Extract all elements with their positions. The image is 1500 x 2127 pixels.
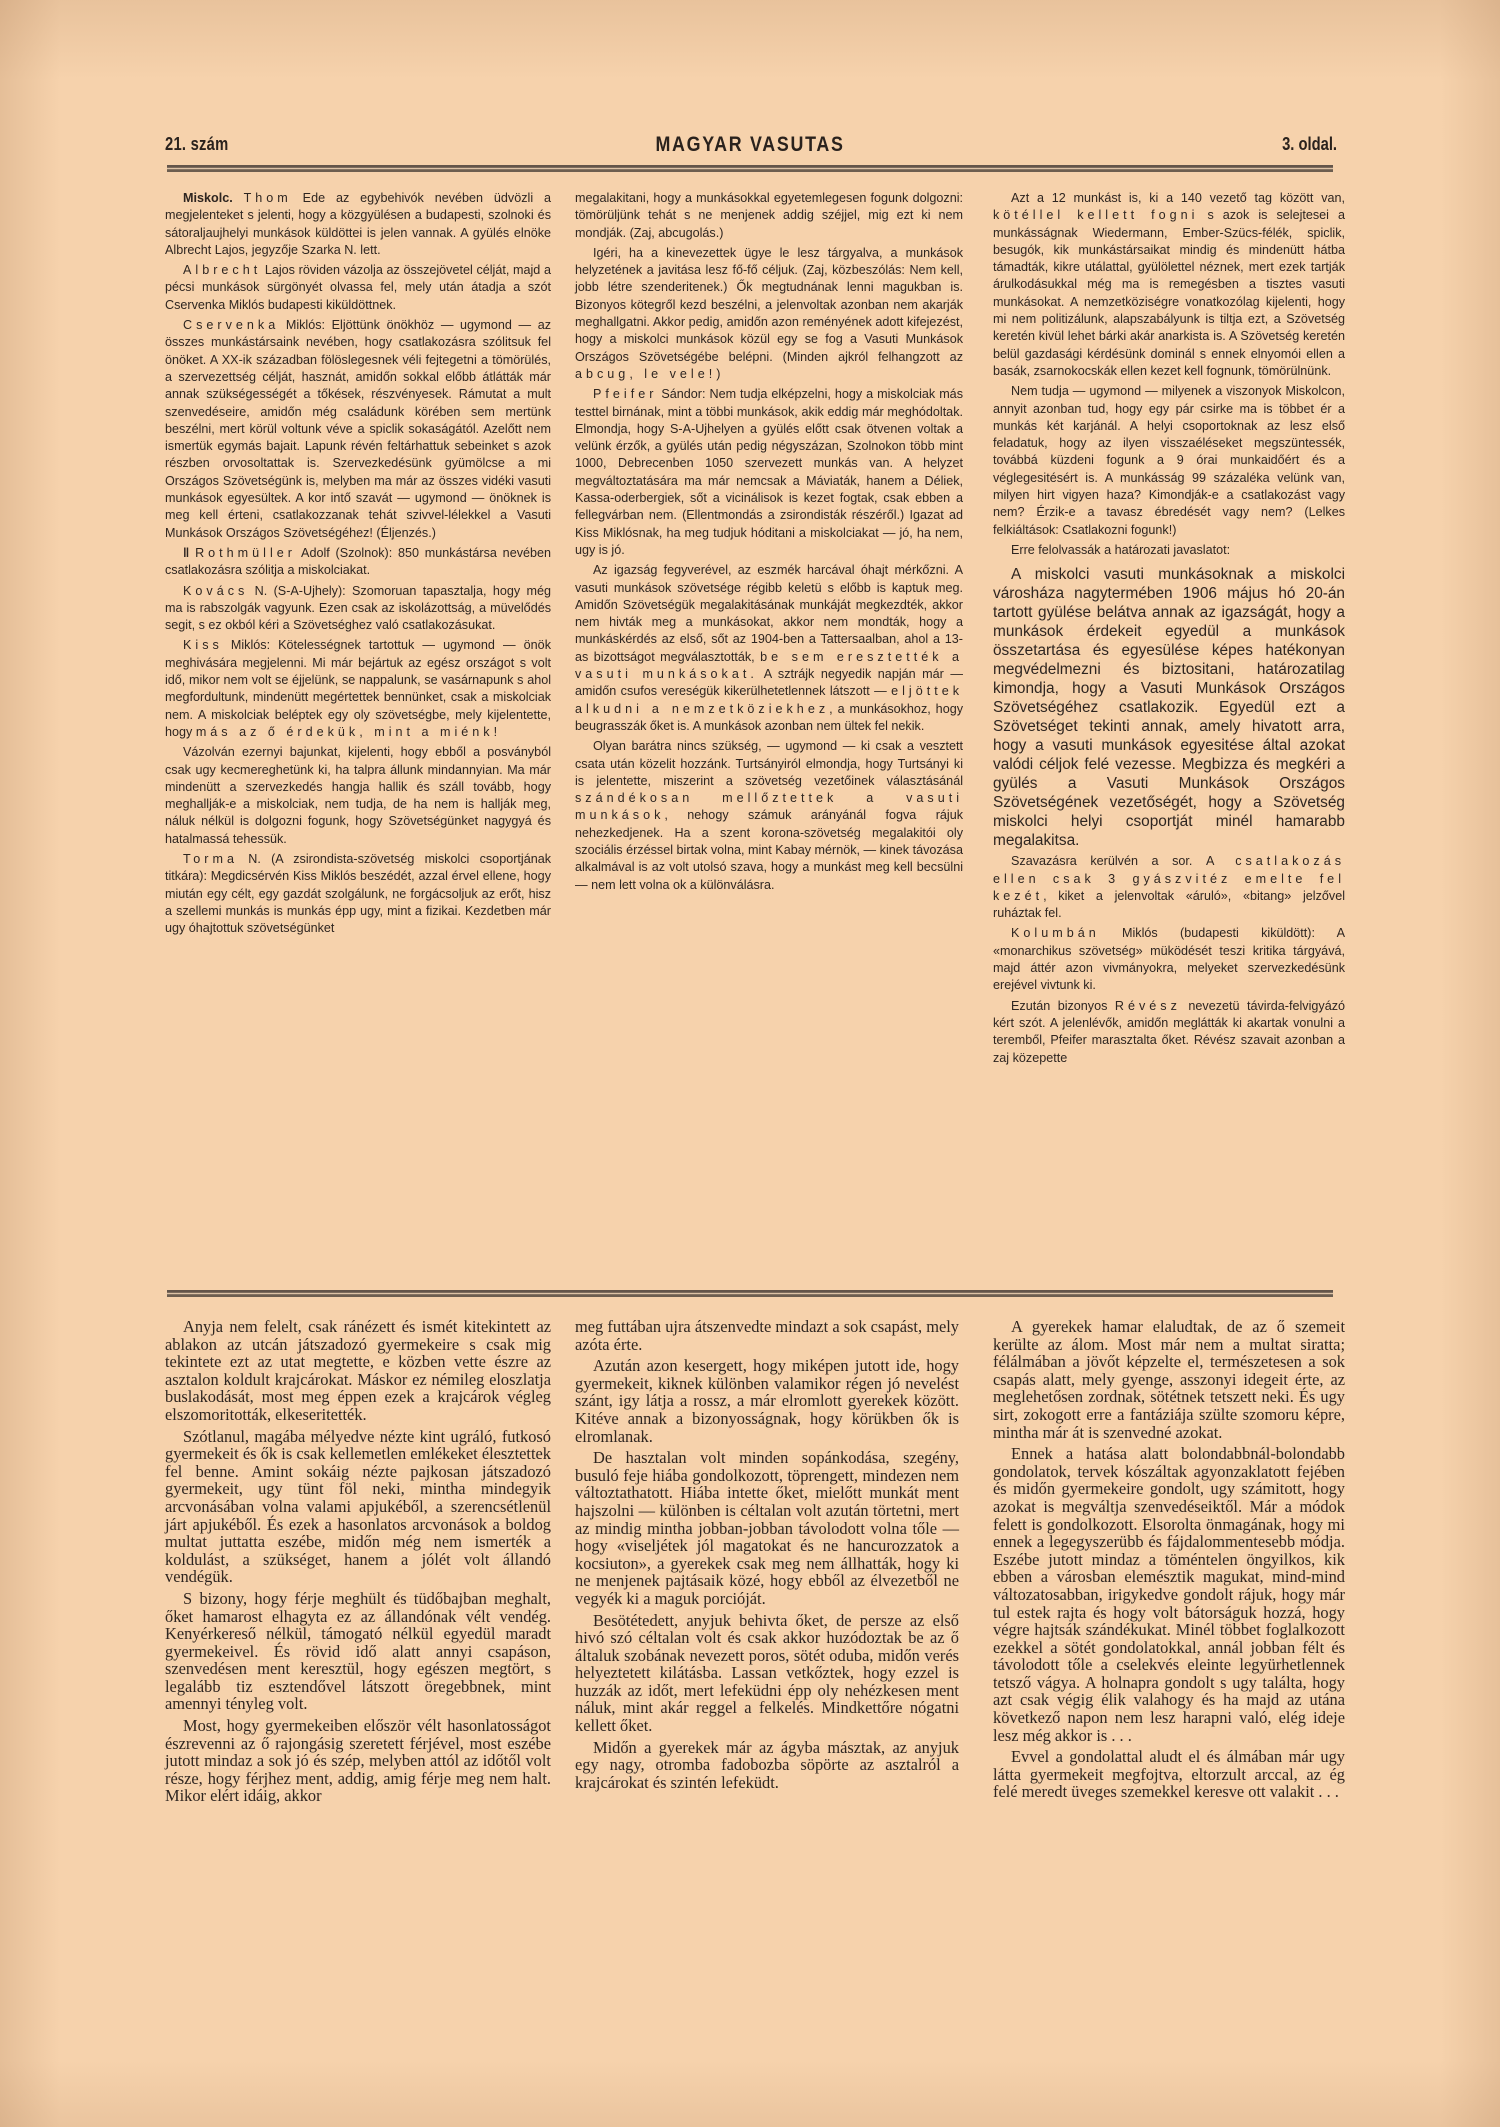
- article-paragraph: Kolumbán Miklós (budapesti kiküldött): A…: [993, 925, 1345, 994]
- page-number: 3. oldal.: [1282, 134, 1337, 155]
- page-header: 21. szám MAGYAR VASUTAS 3. oldal.: [155, 132, 1345, 162]
- feuilleton-column-1: Anyja nem felelt, csak ránézett és ismét…: [165, 1318, 551, 1809]
- spaced-emphasis: Kiss: [183, 638, 223, 652]
- article-paragraph: Ezután bizonyos Révész nevezetü távirda-…: [993, 998, 1345, 1067]
- article-paragraph: Azután azon kesergett, hogy miképen juto…: [575, 1357, 959, 1445]
- spaced-emphasis: Pfeifer: [593, 387, 657, 401]
- news-column-2: megalakitani, hogy a munkásokkal egyetem…: [575, 190, 963, 897]
- article-paragraph: Ennek a hatása alatt bolondabbnál-bolond…: [993, 1445, 1345, 1744]
- spaced-emphasis: kötéllel kellett fogni: [993, 208, 1198, 222]
- issue-number: 21. szám: [165, 134, 229, 155]
- section-divider-rule: [167, 1290, 1333, 1297]
- article-paragraph: A gyerekek hamar elaludtak, de az ő szem…: [993, 1318, 1345, 1441]
- article-paragraph: Midőn a gyerekek már az ágyba másztak, a…: [575, 1739, 959, 1792]
- spaced-emphasis: más az ő érdekük, mint a miénk!: [196, 725, 501, 739]
- header-rule: [167, 165, 1333, 172]
- article-paragraph: Olyan barátra nincs szükség, — ugymond —…: [575, 738, 963, 894]
- article-paragraph: Evvel a gondolattal aludt el és álmában …: [993, 1748, 1345, 1801]
- article-paragraph: Miskolc. Thom Ede az egybehivók nevében …: [165, 190, 551, 259]
- article-paragraph: Pfeifer Sándor: Nem tudja elképzelni, ho…: [575, 386, 963, 559]
- spaced-emphasis: eljöttek alkudni a nemzetköziekhez: [575, 684, 963, 715]
- newspaper-title: MAGYAR VASUTAS: [244, 133, 1256, 157]
- article-paragraph: ‖ Rothmüller Adolf (Szolnok): 850 munkás…: [165, 545, 551, 580]
- article-paragraph: A miskolci vasuti munkásoknak a miskolci…: [993, 565, 1345, 850]
- article-paragraph: De hasztalan volt minden sopánkodása, sz…: [575, 1449, 959, 1607]
- article-paragraph: Besötétedett, anyjuk behivta őket, de pe…: [575, 1612, 959, 1735]
- spaced-emphasis: be sem eresztették a vasuti munkásokat.: [575, 650, 963, 681]
- article-paragraph: Szótlanul, magába mélyedve nézte kint ug…: [165, 1428, 551, 1586]
- spaced-emphasis: Thom: [244, 191, 292, 205]
- news-column-3: Azt a 12 munkást is, ki a 140 vezető tag…: [993, 190, 1345, 1070]
- article-paragraph: Most, hogy gyermekeiben először vélt has…: [165, 1717, 551, 1805]
- dateline: Miskolc.: [183, 191, 233, 205]
- article-paragraph: Igéri, ha a kinevezettek ügye le lesz tá…: [575, 245, 963, 383]
- spaced-emphasis: Kolumbán: [1011, 926, 1100, 940]
- article-paragraph: Azt a 12 munkást is, ki a 140 vezető tag…: [993, 190, 1345, 380]
- news-column-1: Miskolc. Thom Ede az egybehivók nevében …: [165, 190, 551, 940]
- article-paragraph: Erre felolvassák a határozati javaslatot…: [993, 542, 1345, 559]
- feuilleton-column-2: meg futtában ujra átszenvedte mindazt a …: [575, 1318, 959, 1795]
- spaced-emphasis: Albrecht: [183, 263, 261, 277]
- spaced-emphasis: Rothmüller: [195, 546, 296, 560]
- spaced-emphasis: Révész: [1115, 999, 1181, 1013]
- spaced-emphasis: szándékosan mellőztettek a vasuti munkás…: [575, 791, 963, 822]
- article-paragraph: megalakitani, hogy a munkásokkal egyetem…: [575, 190, 963, 242]
- article-paragraph: Cservenka Miklós: Eljöttünk önökhöz — ug…: [165, 317, 551, 542]
- feuilleton-column-3: A gyerekek hamar elaludtak, de az ő szem…: [993, 1318, 1345, 1805]
- article-paragraph: Az igazság fegyverével, az eszmék harcáv…: [575, 562, 963, 735]
- article-paragraph: Nem tudja — ugymond — milyenek a viszony…: [993, 383, 1345, 539]
- spaced-emphasis: Kovács: [183, 584, 248, 598]
- paragraph-mark: ‖: [183, 546, 195, 560]
- article-paragraph: Kovács N. (S-A-Ujhely): Szomoruan tapasz…: [165, 583, 551, 635]
- article-paragraph: meg futtában ujra átszenvedte mindazt a …: [575, 1318, 959, 1353]
- spaced-emphasis: Torma: [183, 852, 238, 866]
- article-paragraph: Albrecht Lajos röviden vázolja az összej…: [165, 262, 551, 314]
- article-paragraph: Vázolván ezernyi bajunkat, kijelenti, ho…: [165, 744, 551, 848]
- article-paragraph: Szavazásra kerülvén a sor. A csatlakozás…: [993, 853, 1345, 922]
- article-paragraph: Torma N. (A zsirondista-szövetség miskol…: [165, 851, 551, 937]
- article-paragraph: S bizony, hogy férje meghült és tüdőbajb…: [165, 1590, 551, 1713]
- article-paragraph: Anyja nem felelt, csak ránézett és ismét…: [165, 1318, 551, 1424]
- article-paragraph: Kiss Miklós: Kötelességnek tartottuk — u…: [165, 637, 551, 741]
- spaced-emphasis: A csatlakozás ellen csak 3 gyászvitéz em…: [993, 854, 1345, 903]
- spaced-emphasis: abcug, le vele!: [575, 367, 716, 381]
- spaced-emphasis: Cservenka: [183, 318, 279, 332]
